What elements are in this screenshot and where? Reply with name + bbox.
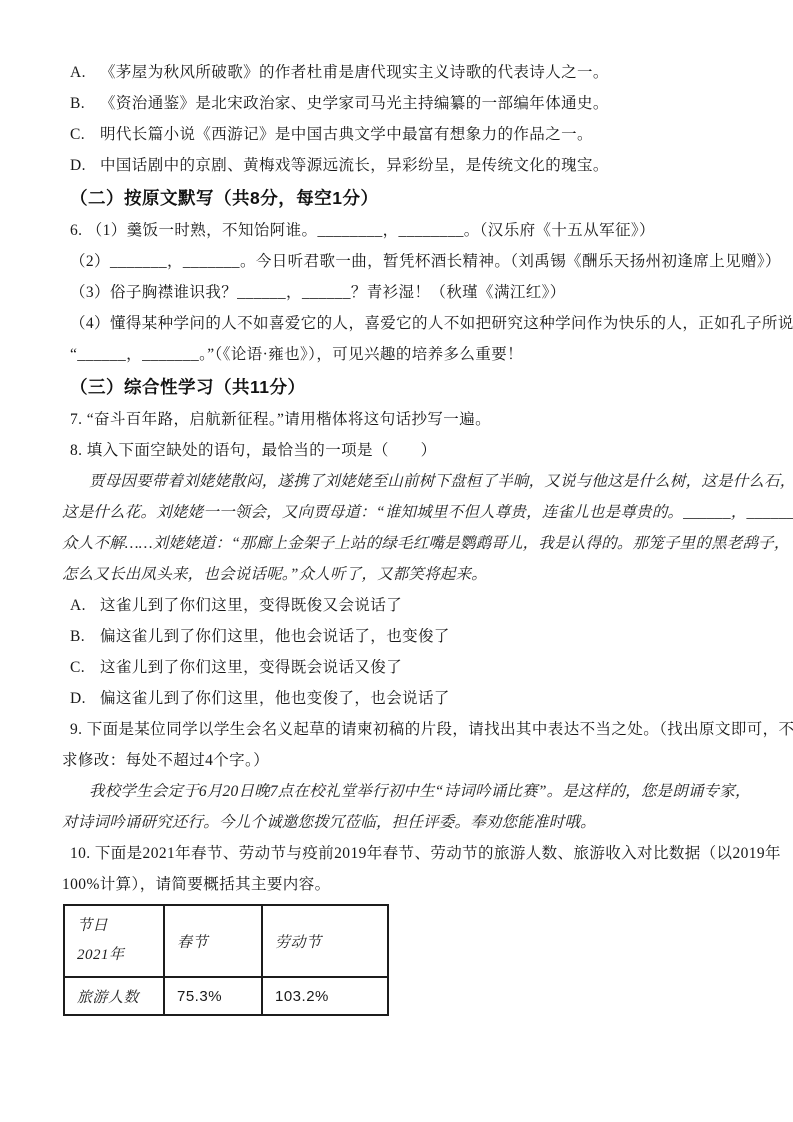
table-header-year-label: 2021年 bbox=[77, 941, 159, 970]
q5-option-c: C.明代长篇小说《西游记》是中国古典文学中最富有想象力的作品之一。 bbox=[70, 119, 723, 150]
q9-passage-line-2: 对诗词吟诵研究还行。今儿个诚邀您拨冗莅临，担任评委。奉劝您能准时哦。 bbox=[62, 807, 723, 838]
q8-option-b-text: 偏这雀儿到了你们这里，他也会说话了，也变俊了 bbox=[100, 628, 450, 645]
q10-data-table: 节日 2021年 春节 劳动节 旅游人数 75.3% 103.2% bbox=[63, 904, 389, 1016]
q9-stem-line-2: 求修改：每处不超过4个字。） bbox=[62, 745, 723, 776]
q5-option-b: B.《资治通鉴》是北宋政治家、史学家司马光主持编纂的一部编年体通史。 bbox=[70, 88, 723, 119]
q9-stem-line-1: 9. 下面是某位同学以学生会名义起草的请柬初稿的片段，请找出其中表达不当之处。（… bbox=[70, 714, 723, 745]
q8-option-c-label: C. bbox=[70, 652, 100, 683]
q8-option-a-label: A. bbox=[70, 590, 100, 621]
q6-line-3: （3）俗子胸襟谁识我？______，______？青衫湿！（秋瑾《满江红》） bbox=[70, 277, 723, 308]
q8-passage-line-2: 这是什么花。刘姥姥一一领会，又向贾母道：“谁知城里不但人尊贵，连雀儿也是尊贵的。… bbox=[62, 497, 723, 528]
section3-heading: （三）综合性学习（共11分） bbox=[70, 370, 723, 404]
q8-option-d-text: 偏这雀儿到了你们这里，他也变俊了，也会说话了 bbox=[100, 690, 450, 707]
table-header-row: 节日 2021年 春节 劳动节 bbox=[64, 905, 388, 977]
table-value-labor-day: 103.2% bbox=[262, 977, 388, 1015]
q5-option-d-label: D. bbox=[70, 150, 100, 181]
q5-option-a-label: A. bbox=[70, 57, 100, 88]
exam-page: A.《茅屋为秋风所破歌》的作者杜甫是唐代现实主义诗歌的代表诗人之一。 B.《资治… bbox=[0, 0, 723, 1016]
q8-option-c: C.这雀儿到了你们这里，变得既会说话又俊了 bbox=[70, 652, 723, 683]
q8-option-b: B.偏这雀儿到了你们这里，他也会说话了，也变俊了 bbox=[70, 621, 723, 652]
q8-option-c-text: 这雀儿到了你们这里，变得既会说话又俊了 bbox=[100, 659, 402, 676]
q5-option-b-text: 《资治通鉴》是北宋政治家、史学家司马光主持编纂的一部编年体通史。 bbox=[100, 95, 609, 112]
q6-line-1: 6. （1）羹饭一时熟，不知饴阿谁。________，________。（汉乐府… bbox=[70, 215, 723, 246]
q8-passage-line-1: 贾母因要带着刘姥姥散闷，遂携了刘姥姥至山前树下盘桓了半晌，又说与他这是什么树，这… bbox=[62, 466, 723, 497]
q6-line-2: （2）_______，_______。今日听君歌一曲，暂凭杯酒长精神。（刘禹锡《… bbox=[70, 246, 723, 277]
q8-option-b-label: B. bbox=[70, 621, 100, 652]
q9-passage-line-1: 我校学生会定于6月20日晚7点在校礼堂举行初中生“诗词吟诵比赛”。是这样的，您是… bbox=[62, 776, 723, 807]
table-value-spring-festival: 75.3% bbox=[164, 977, 262, 1015]
q10-stem-line-1: 10. 下面是2021年春节、劳动节与疫前2019年春节、劳动节的旅游人数、旅游… bbox=[70, 838, 723, 869]
q8-option-a-text: 这雀儿到了你们这里，变得既俊又会说话了 bbox=[100, 597, 402, 614]
q8-option-d-label: D. bbox=[70, 683, 100, 714]
q8-stem: 8. 填入下面空缺处的语句，最恰当的一项是（ ） bbox=[70, 435, 723, 466]
q7-stem: 7. “奋斗百年路，启航新征程。”请用楷体将这句话抄写一遍。 bbox=[70, 404, 723, 435]
table-header-cell-festival-year: 节日 2021年 bbox=[64, 905, 164, 977]
q5-option-a: A.《茅屋为秋风所破歌》的作者杜甫是唐代现实主义诗歌的代表诗人之一。 bbox=[70, 57, 723, 88]
q6-line-4: （4）懂得某种学问的人不如喜爱它的人，喜爱它的人不如把研究这种学问作为快乐的人，… bbox=[70, 308, 723, 339]
q8-option-d: D.偏这雀儿到了你们这里，他也变俊了，也会说话了 bbox=[70, 683, 723, 714]
q5-option-c-label: C. bbox=[70, 119, 100, 150]
q8-option-a: A.这雀儿到了你们这里，变得既俊又会说话了 bbox=[70, 590, 723, 621]
q5-option-d-text: 中国话剧中的京剧、黄梅戏等源远流长，异彩纷呈，是传统文化的瑰宝。 bbox=[100, 157, 609, 174]
q10-stem-line-2: 100%计算），请简要概括其主要内容。 bbox=[62, 869, 723, 900]
table-header-spring-festival: 春节 bbox=[164, 905, 262, 977]
table-row-label: 旅游人数 bbox=[64, 977, 164, 1015]
q5-option-b-label: B. bbox=[70, 88, 100, 119]
q6-line-5: “______，_______。”（《论语·雍也》），可见兴趣的培养多么重要！ bbox=[70, 339, 723, 370]
table-row-tourist-numbers: 旅游人数 75.3% 103.2% bbox=[64, 977, 388, 1015]
q8-passage-line-3: 众人不解……刘姥姥道：“那廊上金架子上站的绿毛红嘴是鹦鹉哥儿，我是认得的。那笼子… bbox=[62, 528, 723, 559]
q8-passage-line-4: 怎么又长出凤头来，也会说话呢。”众人听了，又都笑将起来。 bbox=[62, 559, 723, 590]
section2-heading: （二）按原文默写（共8分，每空1分） bbox=[70, 181, 723, 215]
q5-option-a-text: 《茅屋为秋风所破歌》的作者杜甫是唐代现实主义诗歌的代表诗人之一。 bbox=[100, 64, 609, 81]
q5-option-c-text: 明代长篇小说《西游记》是中国古典文学中最富有想象力的作品之一。 bbox=[100, 126, 593, 143]
table-header-festival-label: 节日 bbox=[77, 912, 159, 941]
q5-option-d: D.中国话剧中的京剧、黄梅戏等源远流长，异彩纷呈，是传统文化的瑰宝。 bbox=[70, 150, 723, 181]
table-header-labor-day: 劳动节 bbox=[262, 905, 388, 977]
